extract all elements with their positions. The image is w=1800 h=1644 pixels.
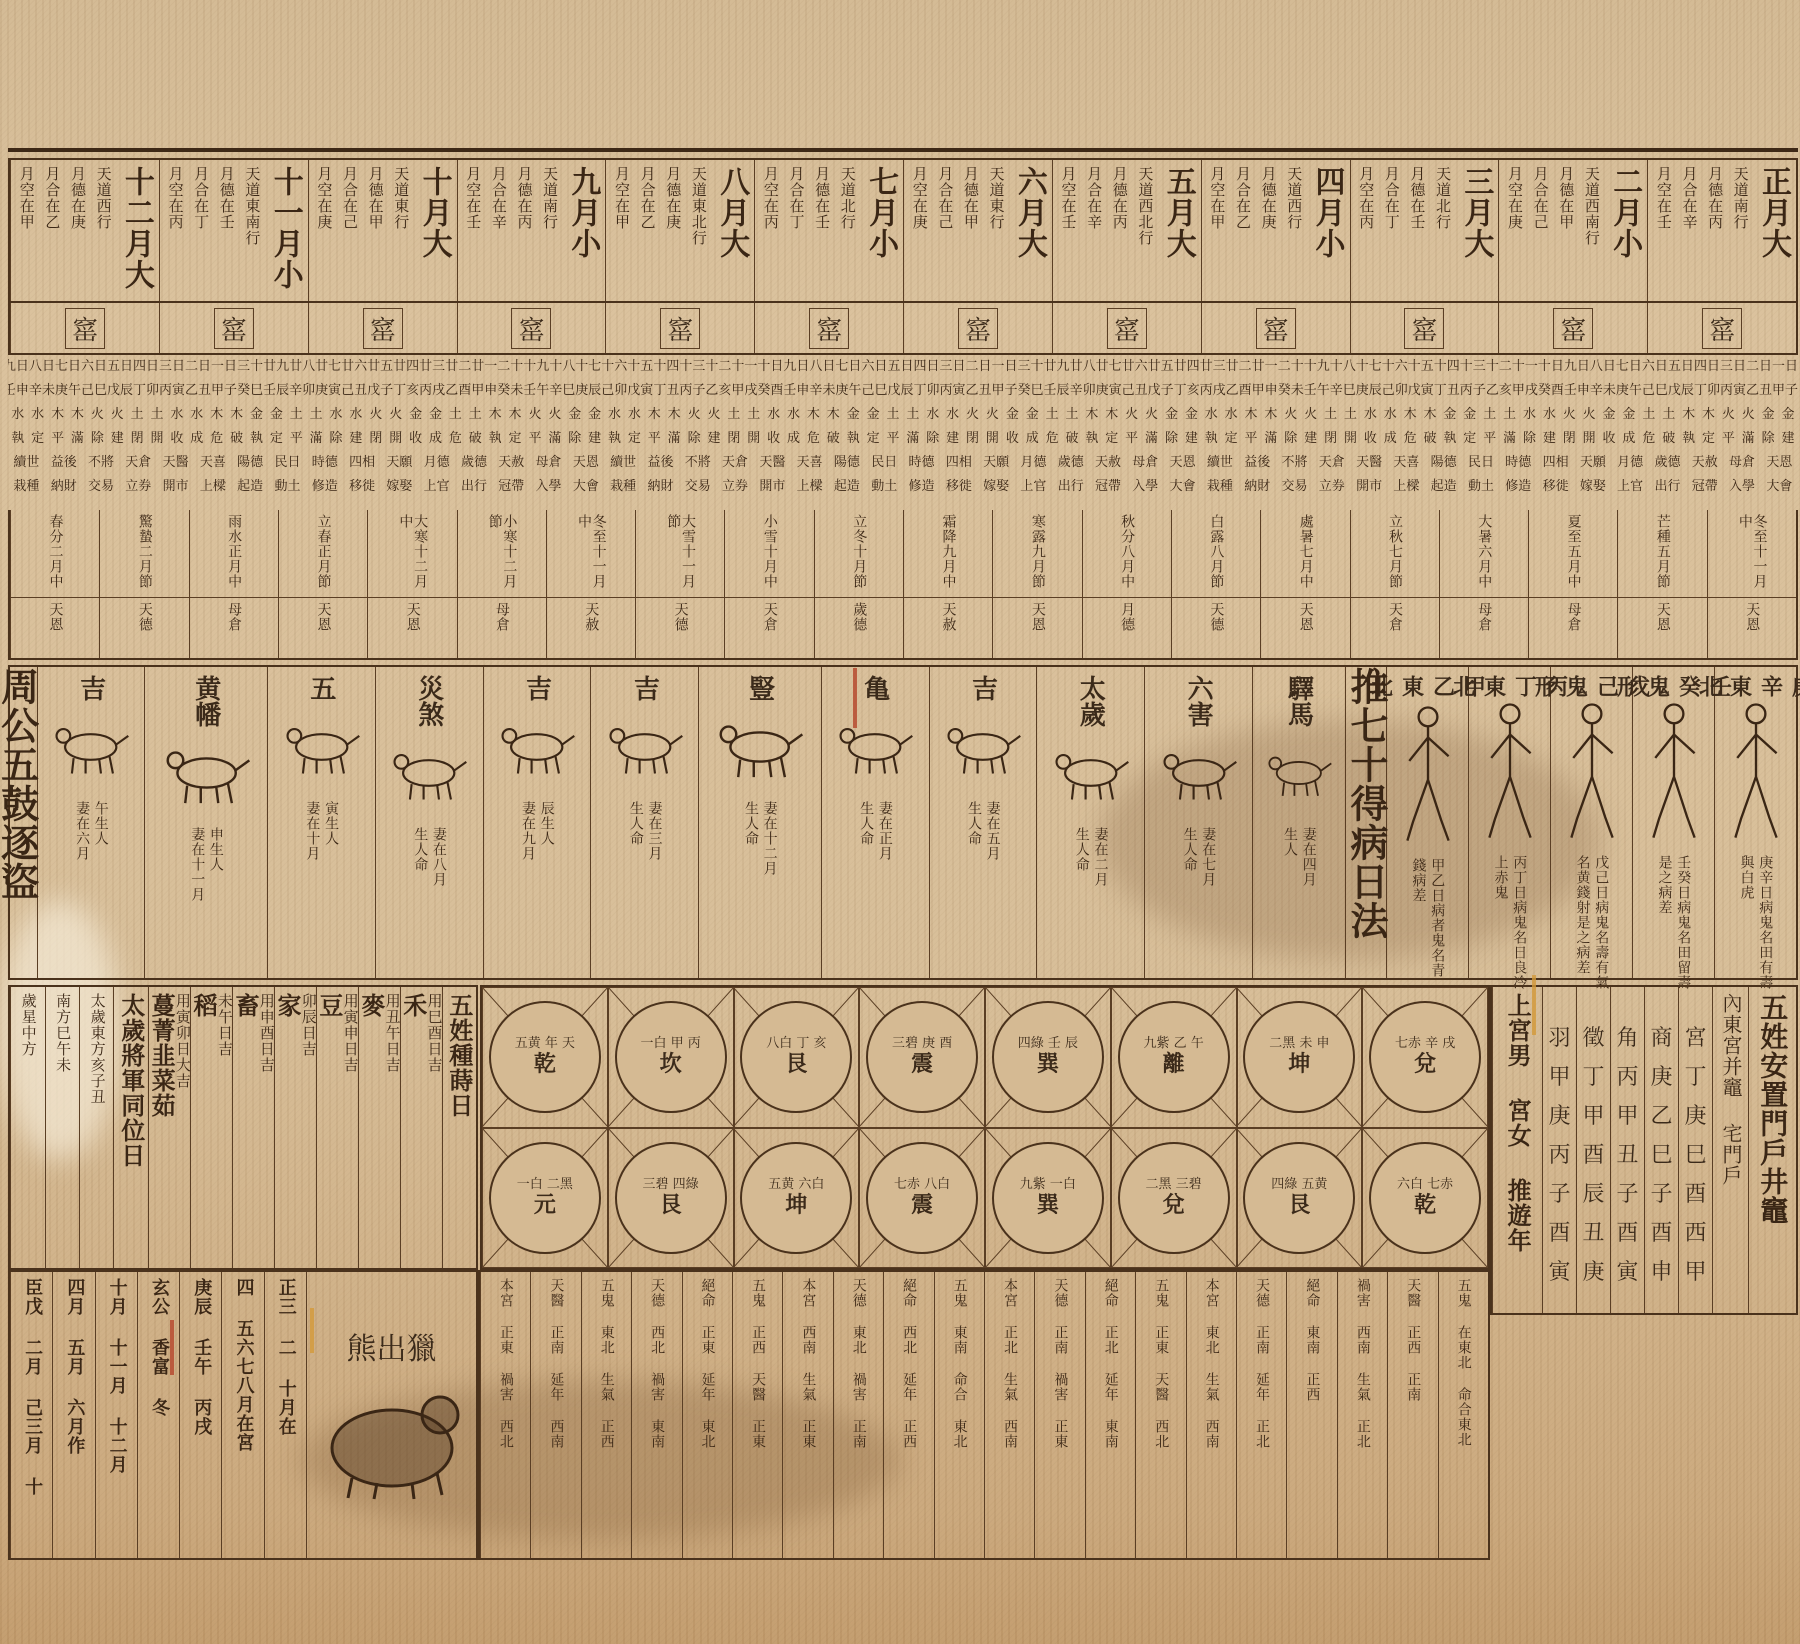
bear-cell: 熊出獵	[306, 1272, 476, 1558]
day-cell: 起造	[828, 475, 865, 499]
planting-column: 豆用寅申日吉	[316, 987, 358, 1268]
demon-figure-icon	[1480, 697, 1540, 851]
solar-term-cell: 冬至十一月中天恩	[1707, 510, 1796, 658]
day-cell: 閉	[963, 427, 983, 451]
circle-diagram-cell: 四綠 壬 辰巽	[985, 987, 1111, 1128]
circle-ring-text: 二黑 未 申	[1269, 1037, 1329, 1052]
table-cell: 甲	[1684, 1255, 1706, 1286]
day-cell: 木	[803, 403, 823, 427]
circle-diagram-cell: 九紫 一白巽	[985, 1128, 1111, 1269]
planting-column: 稻未午日吉	[190, 987, 232, 1268]
day-cell: 出行	[1052, 475, 1089, 499]
table-cell: 子	[1650, 1177, 1672, 1208]
day-cell: 廿七	[1096, 355, 1122, 379]
bagua-circle-icon: 五黄 六白坤	[740, 1142, 852, 1254]
day-cell: 時德	[306, 451, 343, 475]
day-cell: 開市	[754, 475, 791, 499]
day-cell: 成	[187, 427, 207, 451]
table-cell: 酉	[1684, 1177, 1706, 1208]
solar-term-top: 雨水正月中	[190, 510, 278, 598]
planting-column: 禾用巳酉日吉	[400, 987, 442, 1268]
direction-column: 天醫 正南 延年 西南	[530, 1272, 580, 1558]
day-cell: 立券	[120, 475, 157, 499]
day-cell: 戊寅	[1408, 379, 1434, 403]
table-header: 角	[1616, 1021, 1638, 1052]
day-cell: 天喜	[1388, 451, 1425, 475]
solar-term-note: 母倉	[494, 602, 509, 658]
solar-term-top: 大雪十一月節	[636, 510, 724, 598]
day-cell: 益後	[642, 451, 679, 475]
day-cell: 定	[28, 427, 48, 451]
solar-term-bottom: 母倉	[190, 598, 278, 658]
ghost-text: 甲乙日病者鬼名青錢病差	[1411, 858, 1444, 978]
month-cell: 五月大天道西北行月德在丙月合在辛月空在壬	[1052, 160, 1201, 301]
day-cell: 母倉	[1723, 451, 1760, 475]
day-cell: 天醫	[754, 451, 791, 475]
solar-term-text: 芒種五月節	[1655, 514, 1670, 597]
yellow-ink-mark	[1532, 975, 1536, 1035]
animal-figure-icon	[940, 707, 1025, 797]
ghost-text-line: 丙丁日病鬼名日良冷	[1512, 855, 1527, 990]
animal-heading: 亀	[857, 675, 894, 701]
day-row: 一日二日三日四日五日六日七日八日九日十日十一十二十三十四十五十六十七十八十九二十…	[8, 355, 1798, 379]
day-cell: 平	[286, 427, 306, 451]
day-row: 甲子乙丑丙寅丁卯戊辰己巳庚午辛未壬申癸酉甲戌乙亥丙子丁丑戊寅己卯庚辰辛巳壬午癸未…	[8, 379, 1798, 403]
day-cell: 九日	[1564, 355, 1590, 379]
day-cell: 土	[1062, 403, 1082, 427]
day-cell: 戊辰	[107, 379, 133, 403]
day-cell: 水	[346, 403, 366, 427]
day-cell: 水	[784, 403, 804, 427]
day-cell: 建	[346, 427, 366, 451]
bagua-circle-icon: 四綠 五黄艮	[1243, 1142, 1355, 1254]
day-cell: 木	[485, 403, 505, 427]
day-cell: 益後	[45, 451, 82, 475]
direction-column: 本宮 東北 生氣 西南	[1186, 1272, 1236, 1558]
day-cell: 三日	[939, 355, 965, 379]
solar-term-bottom: 母倉	[1440, 598, 1528, 658]
day-cell: 立券	[1313, 475, 1350, 499]
direction-text: 五鬼 東北 生氣 正西	[599, 1278, 614, 1558]
circle-trigram: 巽	[1037, 1052, 1059, 1077]
day-cell: 金	[1460, 403, 1480, 427]
month-note: 月德在丙	[1111, 166, 1127, 295]
day-cell: 四相	[1537, 451, 1574, 475]
month-note: 月合在己	[937, 166, 953, 295]
day-cell: 金	[1619, 403, 1639, 427]
day-cell: 除	[1758, 427, 1778, 451]
seal-glyph: 窰	[1404, 308, 1444, 349]
day-cell: 木	[1241, 403, 1261, 427]
day-cell: 四日	[913, 355, 939, 379]
day-cell: 火	[1301, 403, 1321, 427]
solar-term-bottom: 天倉	[1351, 598, 1439, 658]
day-cell: 廿八	[1070, 355, 1096, 379]
table-cell: 丁	[1582, 1060, 1604, 1091]
day-cell: 成	[426, 427, 446, 451]
day-cell: 一日	[992, 355, 1018, 379]
animal-text: 妻在五月生人命	[966, 801, 999, 861]
day-cell: 開	[982, 427, 1002, 451]
circle-trigram: 艮	[660, 1193, 682, 1218]
table-header: 羽	[1548, 1021, 1570, 1052]
day-cell: 土	[903, 403, 923, 427]
day-cell: 三日	[1720, 355, 1746, 379]
day-cell: 移徙	[343, 475, 380, 499]
solar-term-cell: 白露八月節天德	[1171, 510, 1260, 658]
day-cell: 閉	[366, 427, 386, 451]
circle-ring-text: 二黑 三碧	[1146, 1178, 1202, 1193]
table-column: 宮丁庚巳酉西甲	[1678, 987, 1712, 1313]
day-cell: 金	[247, 403, 267, 427]
direction-column: 天德 東北 禍害 正南	[833, 1272, 883, 1558]
day-cell: 建	[943, 427, 963, 451]
circle-diagram-cell: 八白 丁 亥艮	[734, 987, 860, 1128]
direction-text: 天德 西北 禍害 東南	[649, 1278, 664, 1558]
day-cell: 甲申	[471, 379, 497, 403]
month-title: 五月大	[1162, 166, 1194, 295]
day-cell: 危	[1400, 427, 1420, 451]
day-cell: 甲子	[211, 379, 237, 403]
direction-column: 絕命 東南 正西	[1286, 1272, 1336, 1558]
circle-ring-text: 九紫 乙 午	[1143, 1037, 1203, 1052]
day-cell: 土	[1321, 403, 1341, 427]
animal-cell: 黄幡申生人妻在十一月	[144, 667, 267, 978]
day-cell: 廿六	[341, 355, 367, 379]
month-note: 天道南行	[541, 166, 557, 295]
day-cell: 土	[744, 403, 764, 427]
month-note: 月合在辛	[1085, 166, 1101, 295]
table-cell: 酉	[1548, 1216, 1570, 1247]
day-cell: 執	[8, 427, 28, 451]
table-cell: 庚	[1582, 1255, 1604, 1286]
ghost-text-line: 壬癸日病鬼名田留壽	[1676, 855, 1691, 990]
day-cell: 木	[48, 403, 68, 427]
direction-text: 天德 東北 禍害 正南	[851, 1278, 866, 1558]
table-side-text: 內東宮并竈 宅門戶	[1720, 993, 1741, 1313]
day-cell: 天赦	[1089, 451, 1126, 475]
solar-term-bottom: 天恩	[279, 598, 367, 658]
day-cell: 火	[963, 403, 983, 427]
day-cell: 辛巳	[549, 379, 575, 403]
month-note: 月空在丙	[762, 166, 778, 295]
table-cell: 乙	[1650, 1099, 1672, 1130]
day-cell: 十三	[679, 355, 705, 379]
solar-term-top: 立秋七月節	[1351, 510, 1439, 598]
day-cell: 廿一	[1252, 355, 1278, 379]
day-cell: 二日	[185, 355, 211, 379]
month-title: 正月大	[1758, 166, 1790, 295]
seal-cell: 窰	[1052, 303, 1201, 353]
animal-text-line: 妻在八月	[431, 827, 446, 887]
day-cell: 五日	[107, 355, 133, 379]
day-cell: 納財	[45, 475, 82, 499]
bottom-left-text: 正三 二 十月在	[276, 1278, 295, 1558]
month-title: 十一月小	[269, 166, 301, 295]
month-note: 天道東北行	[690, 166, 706, 295]
day-cell: 開	[1341, 427, 1361, 451]
planting-note: 歲星中方	[20, 993, 36, 1268]
demon-figure-icon	[1726, 697, 1786, 851]
day-cell: 庚寅	[315, 379, 341, 403]
day-cell: 丁丑	[653, 379, 679, 403]
day-cell: 上樑	[1388, 475, 1425, 499]
day-cell: 十一	[1512, 355, 1538, 379]
bagua-circle-icon: 二黑 未 申坤	[1243, 1001, 1355, 1113]
month-note: 月合在乙	[1234, 166, 1250, 295]
day-cell: 冠帶	[493, 475, 530, 499]
day-cell: 癸未	[1278, 379, 1304, 403]
day-cell: 水	[605, 403, 625, 427]
solar-term-cell: 小寒十二月節母倉	[457, 510, 546, 658]
month-note: 月德在壬	[218, 166, 234, 295]
day-cell: 甲申	[1252, 379, 1278, 403]
day-cell: 庚午	[835, 379, 861, 403]
day-cell: 廿七	[315, 355, 341, 379]
table-cell: 丁	[1684, 1060, 1706, 1091]
solar-term-bottom: 天恩	[1618, 598, 1706, 658]
animal-cell: 災煞妻在八月生人命	[375, 667, 483, 978]
month-note: 月空在壬	[1060, 166, 1076, 295]
day-cell: 嫁娶	[977, 475, 1014, 499]
solar-term-cell: 驚蟄二月節天德	[99, 510, 188, 658]
day-cell: 陽德	[828, 451, 865, 475]
day-cell: 不將	[679, 451, 716, 475]
circle-trigram: 坎	[660, 1052, 682, 1077]
day-cell: 五日	[1668, 355, 1694, 379]
day-cell: 十六	[1382, 355, 1408, 379]
day-cell: 不將	[82, 451, 119, 475]
day-cell: 廿九	[1044, 355, 1070, 379]
day-cell: 金	[406, 403, 426, 427]
month-note: 天道西行	[1285, 166, 1301, 295]
table-cell: 辰	[1582, 1177, 1604, 1208]
solar-term-cell: 大暑六月中母倉	[1439, 510, 1528, 658]
animal-cell: 吉妻在三月生人命	[590, 667, 698, 978]
month-note: 天道西北行	[1137, 166, 1153, 295]
day-cell: 八日	[1590, 355, 1616, 379]
seal-cell: 窰	[754, 303, 903, 353]
planting-note: 用巳酉日吉	[426, 993, 442, 1268]
ghost-text-line: 庚辛日病鬼名田有壽	[1758, 855, 1773, 990]
day-cell: 動土	[1462, 475, 1499, 499]
day-cell: 水	[624, 403, 644, 427]
day-grid: 一日二日三日四日五日六日七日八日九日十日十一十二十三十四十五十六十七十八十九二十…	[8, 355, 1798, 510]
animal-heading: 吉	[73, 675, 110, 701]
day-cell: 天倉	[716, 451, 753, 475]
solar-term-text: 小寒十二月節	[487, 514, 516, 597]
ghost-cell: 甲乙東北甲乙日病者鬼名青錢病差	[1386, 667, 1468, 978]
day-cell: 建	[1301, 427, 1321, 451]
day-cell: 栽種	[8, 475, 45, 499]
animal-text-line: 妻在十二月	[762, 801, 777, 876]
animal-cell: 吉妻在五月生人命	[929, 667, 1037, 978]
day-cell: 廿四	[1174, 355, 1200, 379]
table-cell: 西	[1684, 1216, 1706, 1247]
circle-ring-text: 三碧 庚 酉	[892, 1037, 952, 1052]
day-cell: 三十	[237, 355, 263, 379]
day-cell: 八日	[29, 355, 55, 379]
direction-column: 五鬼 正西 天醫 正東	[732, 1272, 782, 1558]
solar-term-top: 芒種五月節	[1618, 510, 1706, 598]
planting-column: 南方巳午未	[45, 987, 79, 1268]
solar-term-top: 春分二月中	[11, 510, 99, 598]
demon-figure-icon	[1562, 697, 1622, 851]
day-cell: 丙戌	[419, 379, 445, 403]
center-title-cell: 推七十得病日法	[1345, 667, 1386, 978]
animal-heading: 吉	[964, 675, 1001, 701]
circle-trigram: 乾	[1414, 1193, 1436, 1218]
bottom-left-text: 四 五六七八月在宮	[234, 1278, 253, 1558]
day-cell: 六日	[1642, 355, 1668, 379]
day-cell: 定	[1699, 427, 1719, 451]
day-cell: 平	[1122, 427, 1142, 451]
day-cell: 七日	[835, 355, 861, 379]
solar-term-bottom: 月德	[1083, 598, 1171, 658]
day-cell: 民日	[866, 451, 903, 475]
planting-heading: 太歲將軍同位日	[119, 993, 144, 1268]
day-cell: 十日	[757, 355, 783, 379]
day-cell: 十七	[575, 355, 601, 379]
day-cell: 壬申	[8, 379, 29, 403]
day-cell: 續世	[605, 451, 642, 475]
planting-note: 太歲東方亥子丑	[89, 993, 105, 1268]
day-cell: 火	[704, 403, 724, 427]
day-cell: 丙寅	[1720, 379, 1746, 403]
day-cell: 執	[605, 427, 625, 451]
red-ink-mark	[853, 668, 857, 728]
day-cell: 水	[1380, 403, 1400, 427]
ghost-text-line: 與白虎	[1739, 855, 1754, 990]
month-note: 月空在庚	[316, 166, 332, 295]
day-cell: 成	[1022, 427, 1042, 451]
seal-glyph: 窰	[809, 308, 849, 349]
animal-figure-icon	[494, 707, 579, 797]
bagua-circle-icon: 二黑 三碧兌	[1118, 1142, 1230, 1254]
day-cell: 辛未	[29, 379, 55, 403]
day-cell: 火	[525, 403, 545, 427]
day-cell: 續世	[8, 451, 45, 475]
day-cell: 七日	[55, 355, 81, 379]
circle-diagram-grid: 五黄 年 天乾一白 甲 丙坎八白 丁 亥艮三碧 庚 酉震四綠 壬 辰巽九紫 乙 …	[480, 985, 1490, 1270]
day-cell: 定	[266, 427, 286, 451]
solar-term-cell: 立冬十月節歲德	[814, 510, 903, 658]
month-note: 月空在壬	[1655, 166, 1671, 295]
day-cell: 水	[28, 403, 48, 427]
day-cell: 壬午	[523, 379, 549, 403]
day-cell: 火	[107, 403, 127, 427]
day-cell: 民日	[269, 451, 306, 475]
day-cell: 起造	[232, 475, 269, 499]
day-cell: 丁卯	[1694, 379, 1720, 403]
animal-text-line: 生人命	[1074, 827, 1089, 887]
day-cell: 六日	[81, 355, 107, 379]
bagua-circle-icon: 四綠 壬 辰巽	[992, 1001, 1104, 1113]
month-note: 月德在壬	[1409, 166, 1425, 295]
solar-term-note: 天恩	[316, 602, 331, 658]
bottom-left-block: 熊出獵正三 二 十月在四 五六七八月在宮庚辰 壬午 丙戌玄公 香富 冬十月 十一…	[8, 1270, 478, 1560]
circle-diagram-cell: 一白 二黑元	[482, 1128, 608, 1269]
seal-cell: 窰	[1498, 303, 1647, 353]
table-cell: 子	[1616, 1177, 1638, 1208]
day-cell: 執	[1679, 427, 1699, 451]
day-cell: 除	[1162, 427, 1182, 451]
day-cell: 母倉	[1127, 451, 1164, 475]
day-cell: 庚辰	[575, 379, 601, 403]
planting-heading: 麥	[359, 993, 384, 1268]
day-cell: 破	[227, 427, 247, 451]
day-cell: 木	[1082, 403, 1102, 427]
day-cell: 戊子	[1148, 379, 1174, 403]
day-cell: 天醫	[157, 451, 194, 475]
day-cell: 壬辰	[1044, 379, 1070, 403]
day-cell: 除	[87, 427, 107, 451]
day-cell: 月德	[1015, 451, 1052, 475]
animal-cell: 五寅生人妻在十月	[267, 667, 375, 978]
day-cell: 閉	[724, 427, 744, 451]
month-note: 月空在甲	[18, 166, 34, 295]
animal-heading: 黄幡	[188, 675, 225, 727]
solar-term-cell: 芒種五月節天恩	[1617, 510, 1706, 658]
direction-text: 本宮 西南 生氣 正東	[801, 1278, 816, 1558]
day-cell: 大會	[1761, 475, 1798, 499]
direction-column: 絕命 西北 延年 正西	[883, 1272, 933, 1558]
animal-text: 午生人妻在六月	[74, 801, 107, 861]
day-cell: 定	[863, 427, 883, 451]
solar-term-cell: 秋分八月中月德	[1082, 510, 1171, 658]
solar-term-note: 天恩	[1745, 602, 1760, 658]
circle-trigram: 震	[911, 1052, 933, 1077]
solar-term-note: 母倉	[226, 602, 241, 658]
planting-heading: 稻	[191, 993, 216, 1268]
day-cell: 火	[1281, 403, 1301, 427]
seal-cell: 窰	[1350, 303, 1499, 353]
day-cell: 滿	[903, 427, 923, 451]
animal-figure-icon	[1262, 733, 1336, 823]
month-title: 十二月大	[120, 166, 152, 295]
day-cell: 除	[565, 427, 585, 451]
day-cell: 大會	[567, 475, 604, 499]
day-cell: 甲戌	[1512, 379, 1538, 403]
day-cell: 成	[784, 427, 804, 451]
solar-term-note: 歲德	[852, 602, 867, 658]
animal-text-line: 生人命	[413, 827, 428, 887]
day-cell: 乙丑	[966, 379, 992, 403]
planting-heading: 家	[275, 993, 300, 1268]
solar-term-text: 大寒十二月中	[398, 514, 427, 597]
day-cell: 十五	[627, 355, 653, 379]
day-cell: 丙戌	[1200, 379, 1226, 403]
table-cell: 甲	[1582, 1099, 1604, 1130]
top-border-rule	[8, 148, 1798, 152]
day-cell: 土	[465, 403, 485, 427]
day-cell: 栽種	[1201, 475, 1238, 499]
day-cell: 乙酉	[1226, 379, 1252, 403]
bottom-left-text: 庚辰 壬午 丙戌	[191, 1278, 210, 1558]
animal-cell: 驛馬妻在四月生人	[1252, 667, 1345, 978]
circle-diagram-cell: 三碧 庚 酉震	[859, 987, 985, 1128]
animal-cell: 太歲妻在二月生人命	[1036, 667, 1144, 978]
animal-figure-icon	[832, 707, 917, 797]
month-note: 天道北行	[1434, 166, 1450, 295]
month-cell: 八月大天道東北行月德在庚月合在乙月空在甲	[605, 160, 754, 301]
ghost-text: 戊己日病鬼名壽有氣名黄錢射是之病差	[1575, 855, 1608, 990]
day-cell: 水	[1201, 403, 1221, 427]
planting-note: 用丑午日吉	[384, 993, 400, 1268]
day-cell: 土	[286, 403, 306, 427]
day-cell: 廿四	[393, 355, 419, 379]
solar-term-top: 大暑六月中	[1440, 510, 1528, 598]
